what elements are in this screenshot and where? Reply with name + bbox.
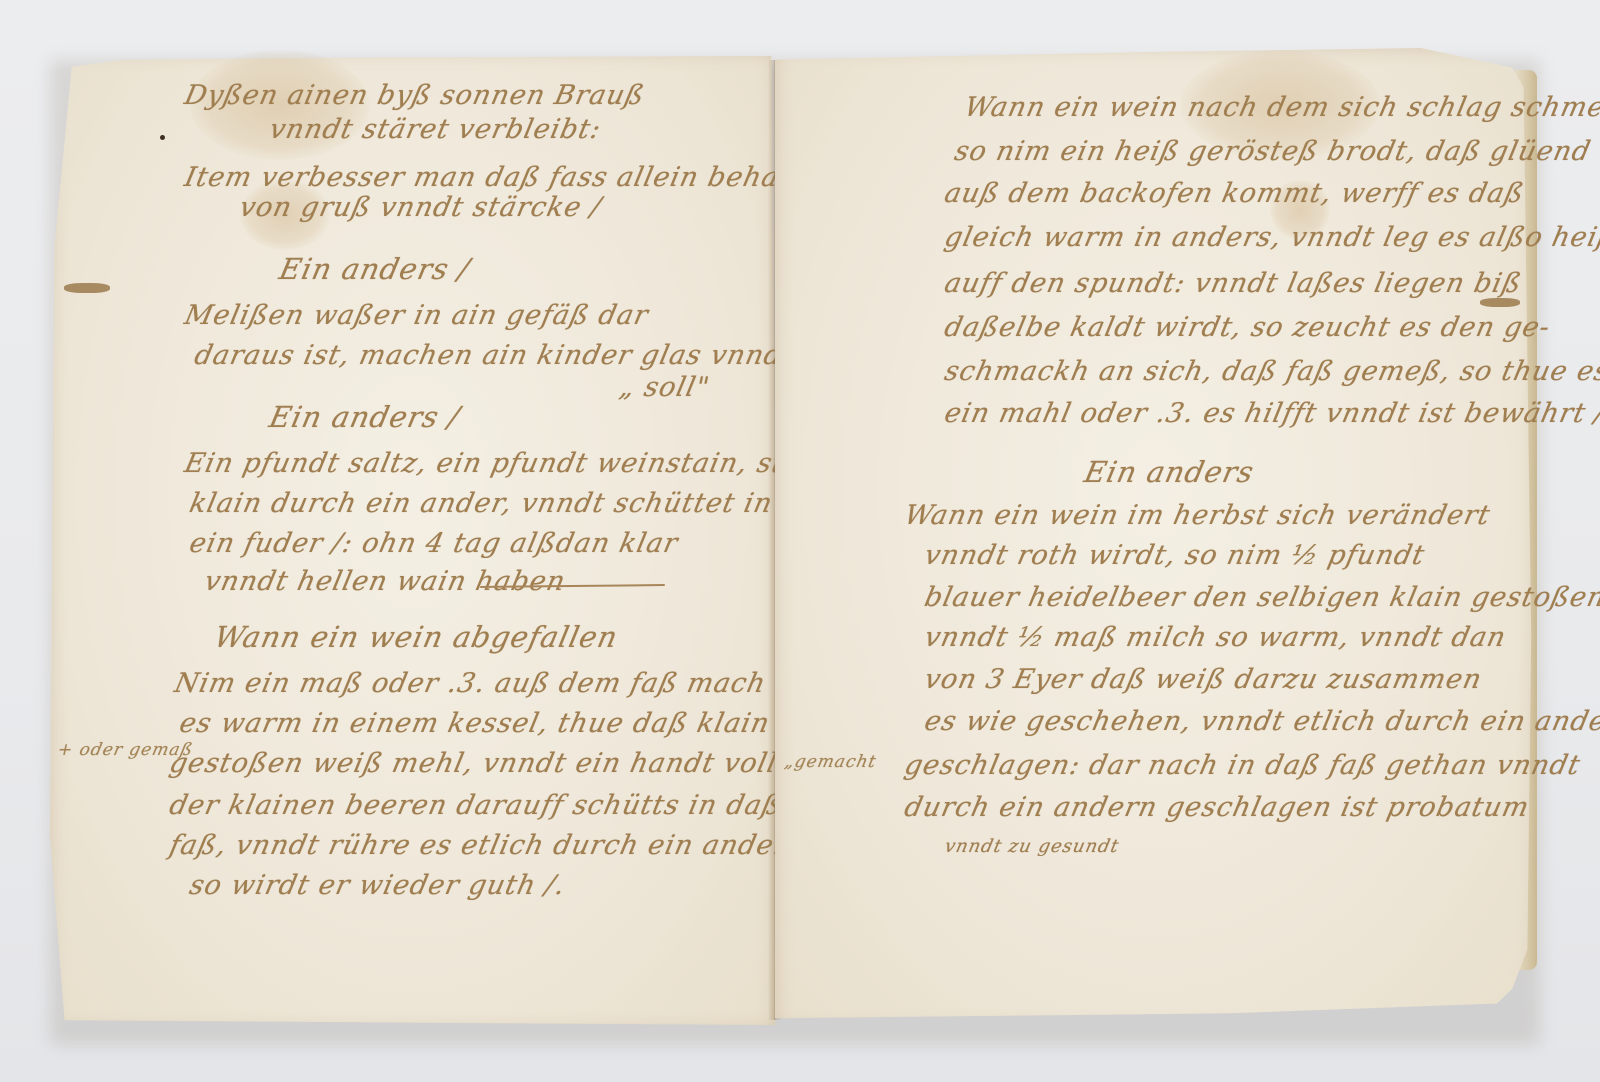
right-line-4: gleich warm in anders, vnndt leg es alßo…: [942, 222, 1600, 253]
right-line-1: Wann ein wein nach dem sich schlag schme…: [962, 92, 1600, 123]
right-line-12: blauer heidelbeer den selbigen klain ges…: [922, 582, 1600, 613]
left-heading-ein-anders-2: Ein anders /: [266, 400, 463, 434]
left-line-1: Dyßen ainen byß sonnen Brauß: [182, 80, 648, 111]
left-line-3: Item verbesser man daß fass allein behal…: [182, 162, 822, 193]
left-line-6: Melißen waßer in ain gefäß dar: [182, 300, 652, 331]
left-line-16: es warm in einem kessel, thue daß klain: [177, 708, 773, 739]
left-line-12: ein fuder /: ohn 4 tag alßdan klar: [187, 528, 681, 559]
left-line-15: Nim ein maß oder .3. auß dem faß mach: [172, 668, 769, 699]
left-margin-note: + oder gemaß: [56, 740, 195, 760]
left-line-20: so wirdt er wieder guth /.: [187, 870, 569, 901]
left-line-18: der klainen beeren darauff schütts in da…: [167, 790, 785, 821]
right-margin-note: „gemacht: [783, 752, 879, 772]
right-line-2: so nim ein heiß gerösteß brodt, daß glüe…: [952, 136, 1594, 167]
right-line-18: vnndt zu gesundt: [943, 836, 1121, 857]
right-line-14: von 3 Eyer daß weiß darzu zusammen: [922, 664, 1485, 695]
left-heading-ein-anders-1: Ein anders /: [276, 252, 473, 286]
right-line-8: ein mahl oder .3. es hilfft vnndt ist be…: [942, 398, 1600, 429]
right-line-3: auß dem backofen kommt, werff es daß: [942, 178, 1527, 209]
right-line-5: auff den spundt: vnndt laßes liegen biß: [942, 268, 1525, 299]
right-line-15: es wie geschehen, vnndt etlich durch ein…: [922, 706, 1600, 737]
right-line-6: daßelbe kaldt wirdt, so zeucht es den ge…: [942, 312, 1553, 343]
right-line-10: Wann ein wein im herbst sich verändert: [902, 500, 1494, 531]
left-line-8: „ soll": [617, 372, 713, 403]
right-line-16: geschlagen: dar nach in daß faß gethan v…: [902, 750, 1584, 781]
right-line-17: durch ein andern geschlagen ist probatum: [902, 792, 1533, 823]
right-line-7: schmackh an sich, daß faß gemeß, so thue…: [942, 356, 1600, 387]
left-line-17: gestoßen weiß mehl, vnndt ein handt voll: [167, 748, 781, 779]
left-line-10: Ein pfundt saltz, ein pfundt weinstain, …: [182, 448, 824, 479]
ink-blot: [64, 283, 110, 293]
left-line-11: klain durch ein ander, vnndt schüttet in: [187, 488, 776, 519]
right-line-11: vnndt roth wirdt, so nim ½ pfundt: [922, 540, 1428, 571]
ink-blot: [1480, 298, 1520, 307]
right-heading-ein-anders: Ein anders: [1081, 455, 1257, 489]
left-line-13: vnndt hellen wain haben: [202, 566, 569, 597]
left-line-7: daraus ist, machen ain kinder glas vnndt: [192, 340, 798, 371]
left-line-2: vnndt stäret verbleibt:: [267, 114, 604, 145]
right-line-13: vnndt ½ maß milch so warm, vnndt dan: [922, 622, 1509, 653]
left-line-19: faß, vnndt rühre es etlich durch ein and…: [167, 830, 791, 861]
left-heading-wein-abgefallen: Wann ein wein abgefallen: [211, 620, 621, 654]
ink-dot: [160, 135, 165, 140]
left-line-4: von gruß vnndt stärcke /: [237, 192, 605, 223]
